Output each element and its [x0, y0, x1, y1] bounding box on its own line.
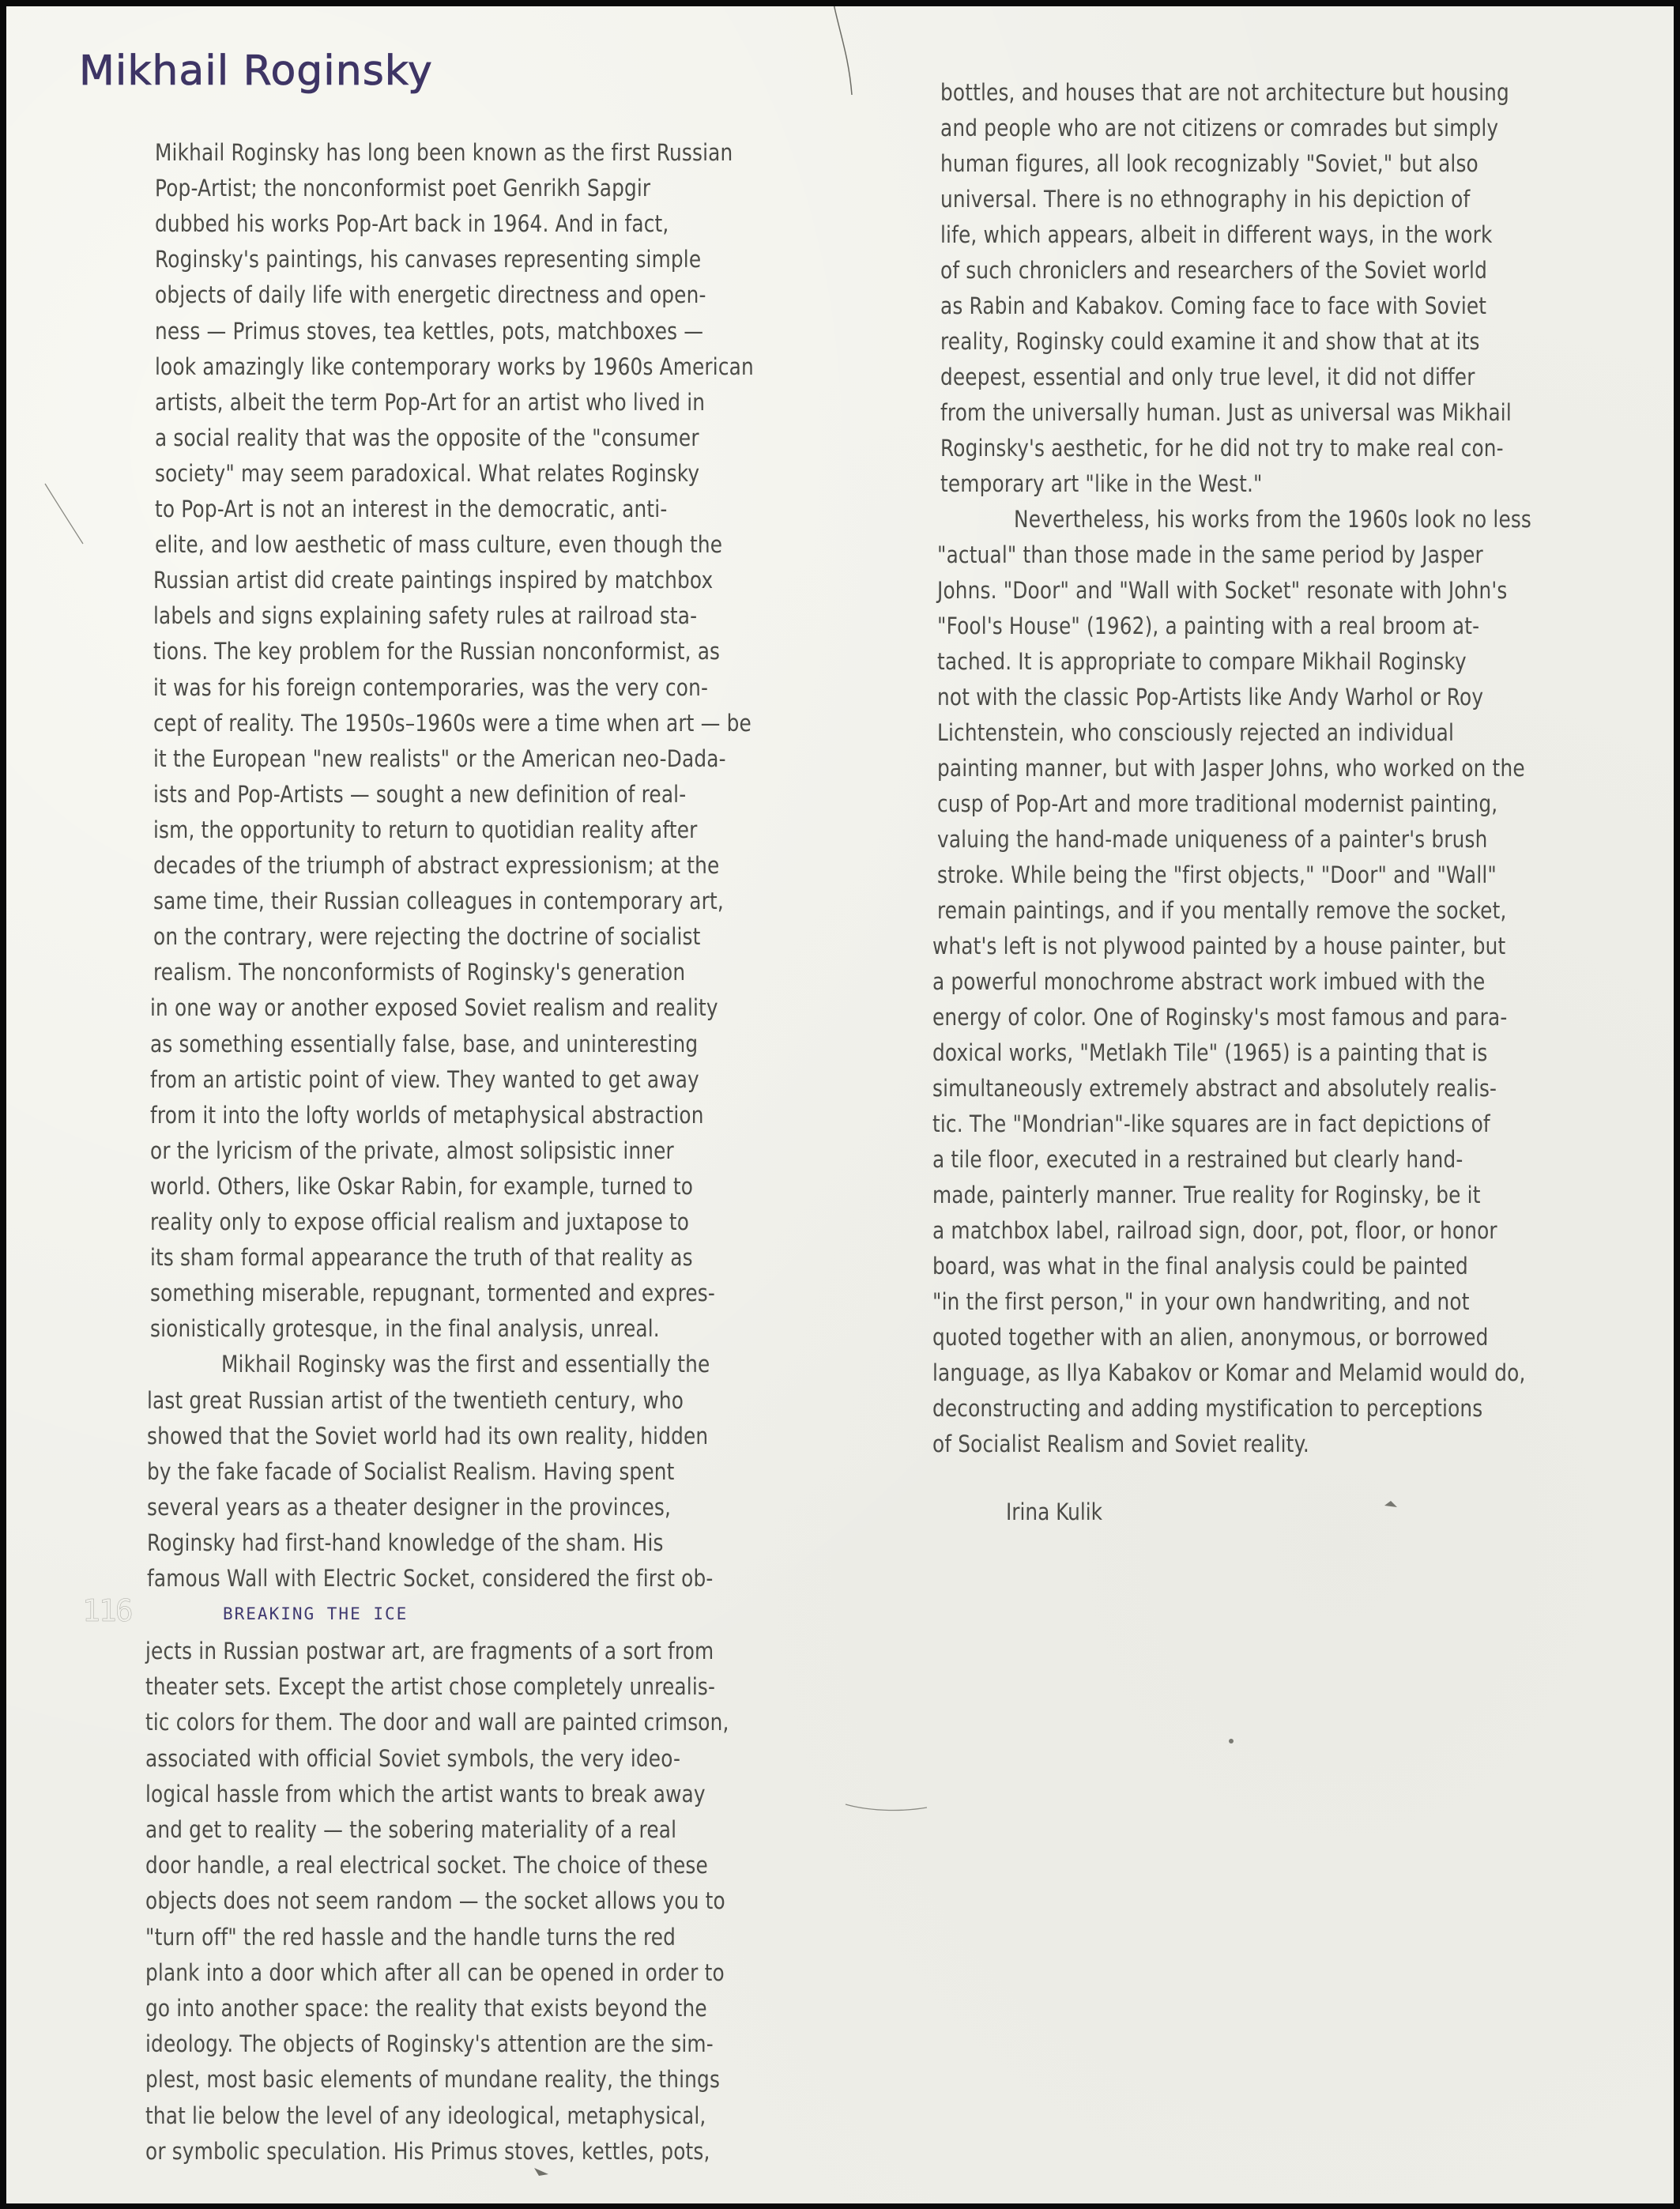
text-line: simultaneously extremely abstract and ab…: [932, 1075, 1497, 1102]
text-line: from the universally human. Just as univ…: [940, 399, 1512, 426]
text-line: tached. It is appropriate to compare Mik…: [937, 648, 1467, 675]
text-line: "Fool's House" (1962), a painting with a…: [937, 613, 1479, 639]
text-line: temporary art "like in the West.": [940, 470, 1263, 497]
text-line: Johns. "Door" and "Wall with Socket" res…: [937, 577, 1507, 604]
text-line: not with the classic Pop-Artists like An…: [937, 684, 1483, 711]
text-line: human figures, all look recognizably "So…: [940, 150, 1478, 177]
right-column: bottles, and houses that are not archite…: [6, 6, 1674, 2203]
text-line: what's left is not plywood painted by a …: [932, 933, 1505, 959]
text-line: quoted together with an alien, anonymous…: [932, 1324, 1489, 1351]
text-line: a powerful monochrome abstract work imbu…: [932, 968, 1485, 995]
scanned-page: Mikhail Roginsky Mikhail Roginsky has lo…: [6, 6, 1674, 2203]
text-line: bottles, and houses that are not archite…: [940, 79, 1509, 106]
text-line: Roginsky's aesthetic, for he did not try…: [940, 435, 1504, 462]
text-line: as Rabin and Kabakov. Coming face to fac…: [940, 292, 1486, 319]
text-line: life, which appears, albeit in different…: [940, 221, 1492, 248]
text-line: "actual" than those made in the same per…: [937, 541, 1483, 568]
text-line: of such chroniclers and researchers of t…: [940, 257, 1487, 284]
text-line: Lichtenstein, who consciously rejected a…: [937, 719, 1454, 746]
text-line: painting manner, but with Jasper Johns, …: [937, 755, 1525, 782]
author-signature: Irina Kulik: [1006, 1498, 1102, 1525]
text-line: board, was what in the final analysis co…: [932, 1253, 1468, 1280]
text-line: made, painterly manner. True reality for…: [932, 1182, 1481, 1208]
text-line: stroke. While being the "first objects,"…: [937, 861, 1497, 888]
text-line: language, as Ilya Kabakov or Komar and M…: [932, 1359, 1526, 1386]
text-line: reality, Roginsky could examine it and s…: [940, 328, 1480, 355]
text-line: deconstructing and adding mystification …: [932, 1395, 1482, 1422]
text-line: a matchbox label, railroad sign, door, p…: [932, 1217, 1497, 1244]
text-line: deepest, essential and only true level, …: [940, 364, 1475, 390]
text-line: a tile floor, executed in a restrained b…: [932, 1146, 1463, 1173]
text-line: of Socialist Realism and Soviet reality.: [932, 1431, 1309, 1457]
text-line: and people who are not citizens or comra…: [940, 115, 1498, 141]
text-line: cusp of Pop-Art and more traditional mod…: [937, 790, 1497, 817]
text-line: valuing the hand-made uniqueness of a pa…: [937, 826, 1487, 853]
text-line: doxical works, "Metlakh Tile" (1965) is …: [932, 1039, 1487, 1066]
text-line: "in the first person," in your own handw…: [932, 1288, 1470, 1315]
text-line: tic. The "Mondrian"-like squares are in …: [932, 1110, 1490, 1137]
text-line: Nevertheless, his works from the 1960s l…: [1014, 506, 1531, 533]
text-line: remain paintings, and if you mentally re…: [937, 897, 1507, 924]
text-line: universal. There is no ethnography in hi…: [940, 186, 1470, 213]
text-line: energy of color. One of Roginsky's most …: [932, 1004, 1507, 1031]
